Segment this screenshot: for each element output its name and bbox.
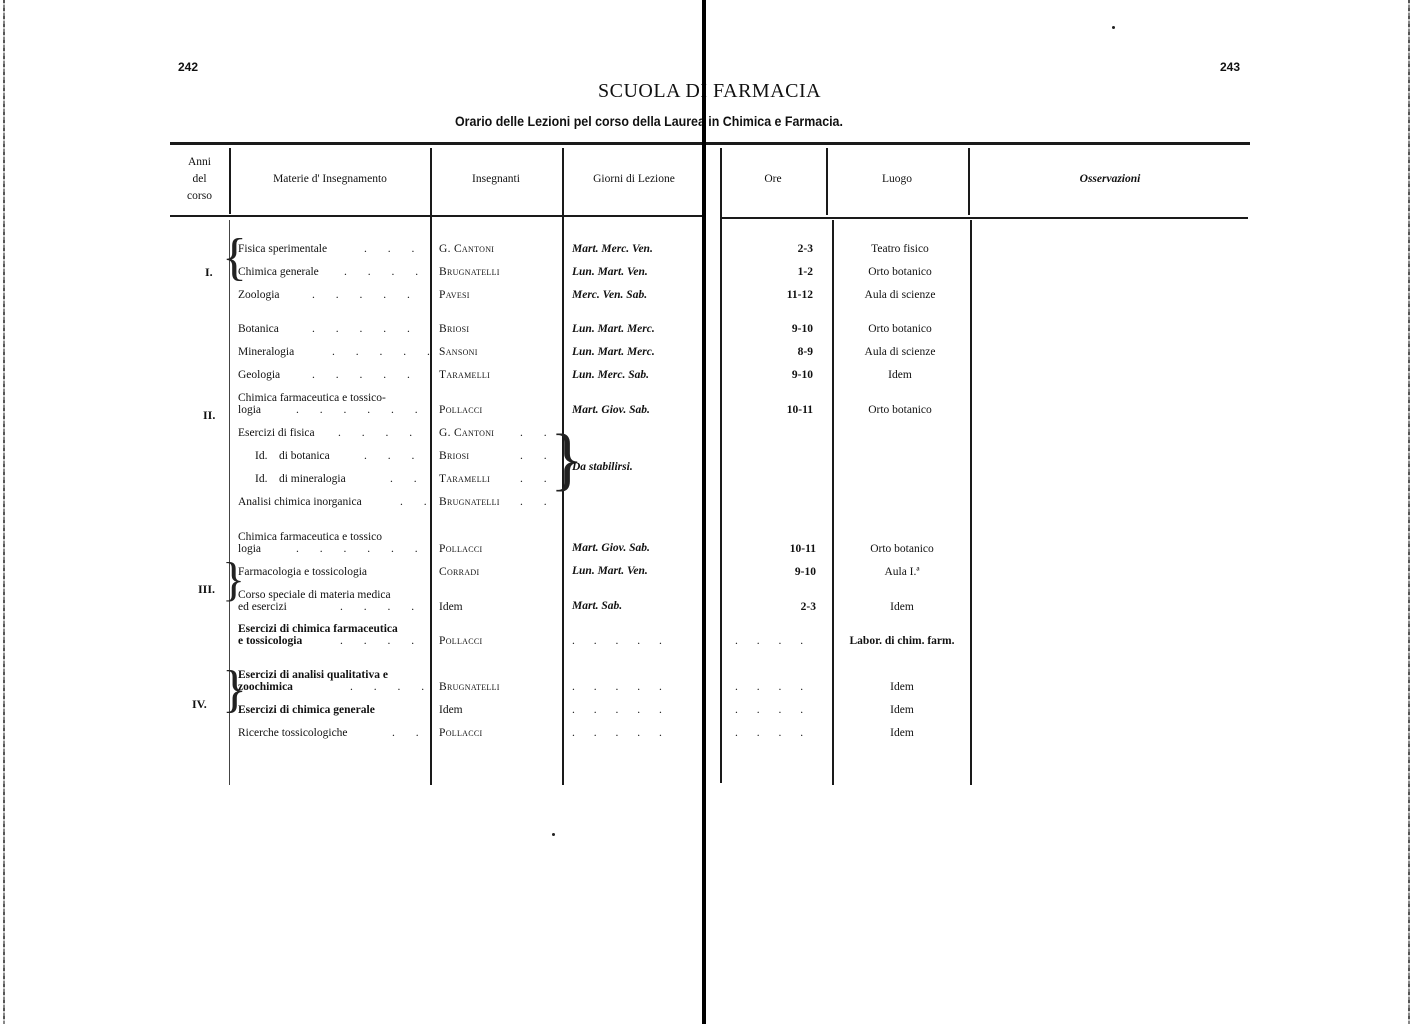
insegnante: Pollacci (439, 635, 482, 647)
giorni: Mart. Giov. Sab. (572, 542, 650, 554)
header-giorni: Giorni di Lezione (564, 171, 704, 188)
scan-edge-right (1408, 0, 1410, 1024)
col-rule (720, 148, 722, 783)
ore: 10-11 (740, 404, 813, 416)
giorni: . . . . . (572, 704, 670, 716)
leader-dots: . . . . . (332, 346, 439, 358)
scan-speck (552, 833, 555, 836)
insegnante: Idem (439, 704, 463, 716)
ore: 2-3 (740, 243, 813, 255)
grouped-giorni: Da stabilirsi. (572, 461, 633, 473)
year-label: III. (198, 582, 215, 597)
giorni: . . . . . (572, 681, 670, 693)
luogo: Idem (832, 704, 972, 716)
ore: . . . . (735, 704, 811, 716)
materia: Geologia (238, 369, 280, 381)
materia: Ricerche tossicologiche (238, 727, 348, 739)
header-anni: Anni del corso (172, 154, 227, 205)
header-luogo: Luogo (828, 171, 966, 188)
luogo: Aula di scienze (832, 289, 968, 301)
ore: 9-10 (740, 323, 813, 335)
insegnante: Pavesi (439, 289, 470, 301)
ore: 9-10 (740, 369, 813, 381)
scan-speck (1112, 26, 1115, 29)
leader-dots: . . . . (340, 601, 423, 613)
ore: . . . . (735, 635, 811, 647)
giorni: Lun. Merc. Sab. (572, 369, 649, 381)
insegnante: G. Cantoni (439, 427, 494, 439)
insegnante: Briosi (439, 323, 469, 335)
giorni: Mart. Giov. Sab. (572, 404, 650, 416)
leader-dots: . . . . . (312, 323, 419, 335)
giorni: Lun. Mart. Ven. (572, 266, 648, 278)
ore: 1-2 (740, 266, 813, 278)
luogo: Idem (832, 369, 968, 381)
materia: Id. di mineralogia (255, 473, 346, 485)
header-bottom-rule-left (170, 215, 706, 217)
insegnante: Pollacci (439, 404, 482, 416)
ore: 2-3 (740, 601, 816, 613)
page-number-right: 243 (1220, 60, 1240, 74)
year-label: I. (205, 265, 213, 280)
materia: Mineralogia (238, 346, 294, 358)
header-materie: Materie d' Insegnamento (232, 171, 428, 188)
col-rule (970, 220, 972, 785)
leader-dots: . . . . . . (296, 543, 427, 555)
luogo: Aula I.ª (832, 566, 972, 578)
ore: 10-11 (740, 543, 816, 555)
leader-dots: . . . . . (312, 289, 419, 301)
giorni: . . . . . (572, 635, 670, 647)
materia: Id. di botanica (255, 450, 330, 462)
insegnante: Briosi (439, 450, 469, 462)
luogo: Orto botanico (832, 543, 972, 555)
ore: 9-10 (740, 566, 816, 578)
luogo: Idem (832, 601, 972, 613)
year-label: II. (203, 408, 215, 423)
insegnante: Pollacci (439, 727, 482, 739)
luogo: Labor. di chim. farm. (832, 635, 972, 647)
page-number-left: 242 (178, 60, 198, 74)
leader-dots: . . . . (340, 635, 423, 647)
materia: Esercizi di chimica generale (238, 704, 375, 716)
leader-dots: . . (390, 473, 426, 485)
header-bottom-rule-right (722, 217, 1248, 219)
materia: Farmacologia e tossicologia (238, 566, 367, 578)
materia: Esercizi di fisica (238, 427, 315, 439)
insegnante: Brugnatelli (439, 266, 500, 278)
giorni: Lun. Mart. Ven. (572, 565, 648, 577)
header-ore: Ore (722, 171, 824, 188)
leader-dots: . . . . . . (296, 404, 427, 416)
page-subtitle: Orario delle Lezioni pel corso della Lau… (455, 114, 843, 129)
insegnante: Taramelli (439, 473, 490, 485)
insegnante: Brugnatelli (439, 496, 500, 508)
insegnante: Pollacci (439, 543, 482, 555)
leader-dots: . . . . (338, 427, 421, 439)
luogo: Orto botanico (832, 266, 968, 278)
materia: Chimica generale (238, 266, 319, 278)
luogo: Idem (832, 727, 972, 739)
giorni: Mart. Merc. Ven. (572, 243, 653, 255)
materia: Zoologia (238, 289, 280, 301)
leader-dots: . . . . (344, 266, 427, 278)
leader-dots: . . . . (350, 681, 433, 693)
ore: . . . . (735, 727, 811, 739)
luogo: Idem (832, 681, 972, 693)
materia: Botanica (238, 323, 279, 335)
giorni: Merc. Ven. Sab. (572, 289, 647, 301)
brace-icon: } (550, 425, 584, 495)
leader-dots: . . . (364, 450, 423, 462)
leader-dots: . . (400, 496, 436, 508)
insegnante: G. Cantoni (439, 243, 494, 255)
ore: 11-12 (740, 289, 813, 301)
col-rule (229, 148, 231, 214)
leader-dots: . . . (364, 243, 423, 255)
insegnante: Idem (439, 601, 463, 613)
luogo: Aula di scienze (832, 346, 968, 358)
giorni: Lun. Mart. Merc. (572, 323, 655, 335)
insegnante: Corradi (439, 566, 479, 578)
page-title: SCUOLA DI FARMACIA (598, 80, 821, 103)
materia: Analisi chimica inorganica (238, 496, 362, 508)
header-insegnanti: Insegnanti (432, 171, 560, 188)
luogo: Orto botanico (832, 323, 968, 335)
materia: Fisica sperimentale (238, 243, 327, 255)
giorni: Mart. Sab. (572, 600, 622, 612)
ore: 8-9 (740, 346, 813, 358)
table-top-rule (170, 142, 1250, 145)
leader-dots: . . . . . (312, 369, 419, 381)
scan-edge-left (3, 0, 5, 1024)
giorni: . . . . . (572, 727, 670, 739)
book-gutter (702, 0, 706, 1024)
ore: . . . . (735, 681, 811, 693)
header-osservazioni: Osservazioni (970, 171, 1250, 188)
year-label: IV. (192, 697, 207, 712)
insegnante: Taramelli (439, 369, 490, 381)
leader-dots: . . (392, 727, 428, 739)
insegnante: Brugnatelli (439, 681, 500, 693)
col-rule (832, 220, 834, 785)
luogo: Teatro fisico (832, 243, 968, 255)
giorni: Lun. Mart. Merc. (572, 346, 655, 358)
insegnante: Sansoni (439, 346, 478, 358)
luogo: Orto botanico (832, 404, 968, 416)
